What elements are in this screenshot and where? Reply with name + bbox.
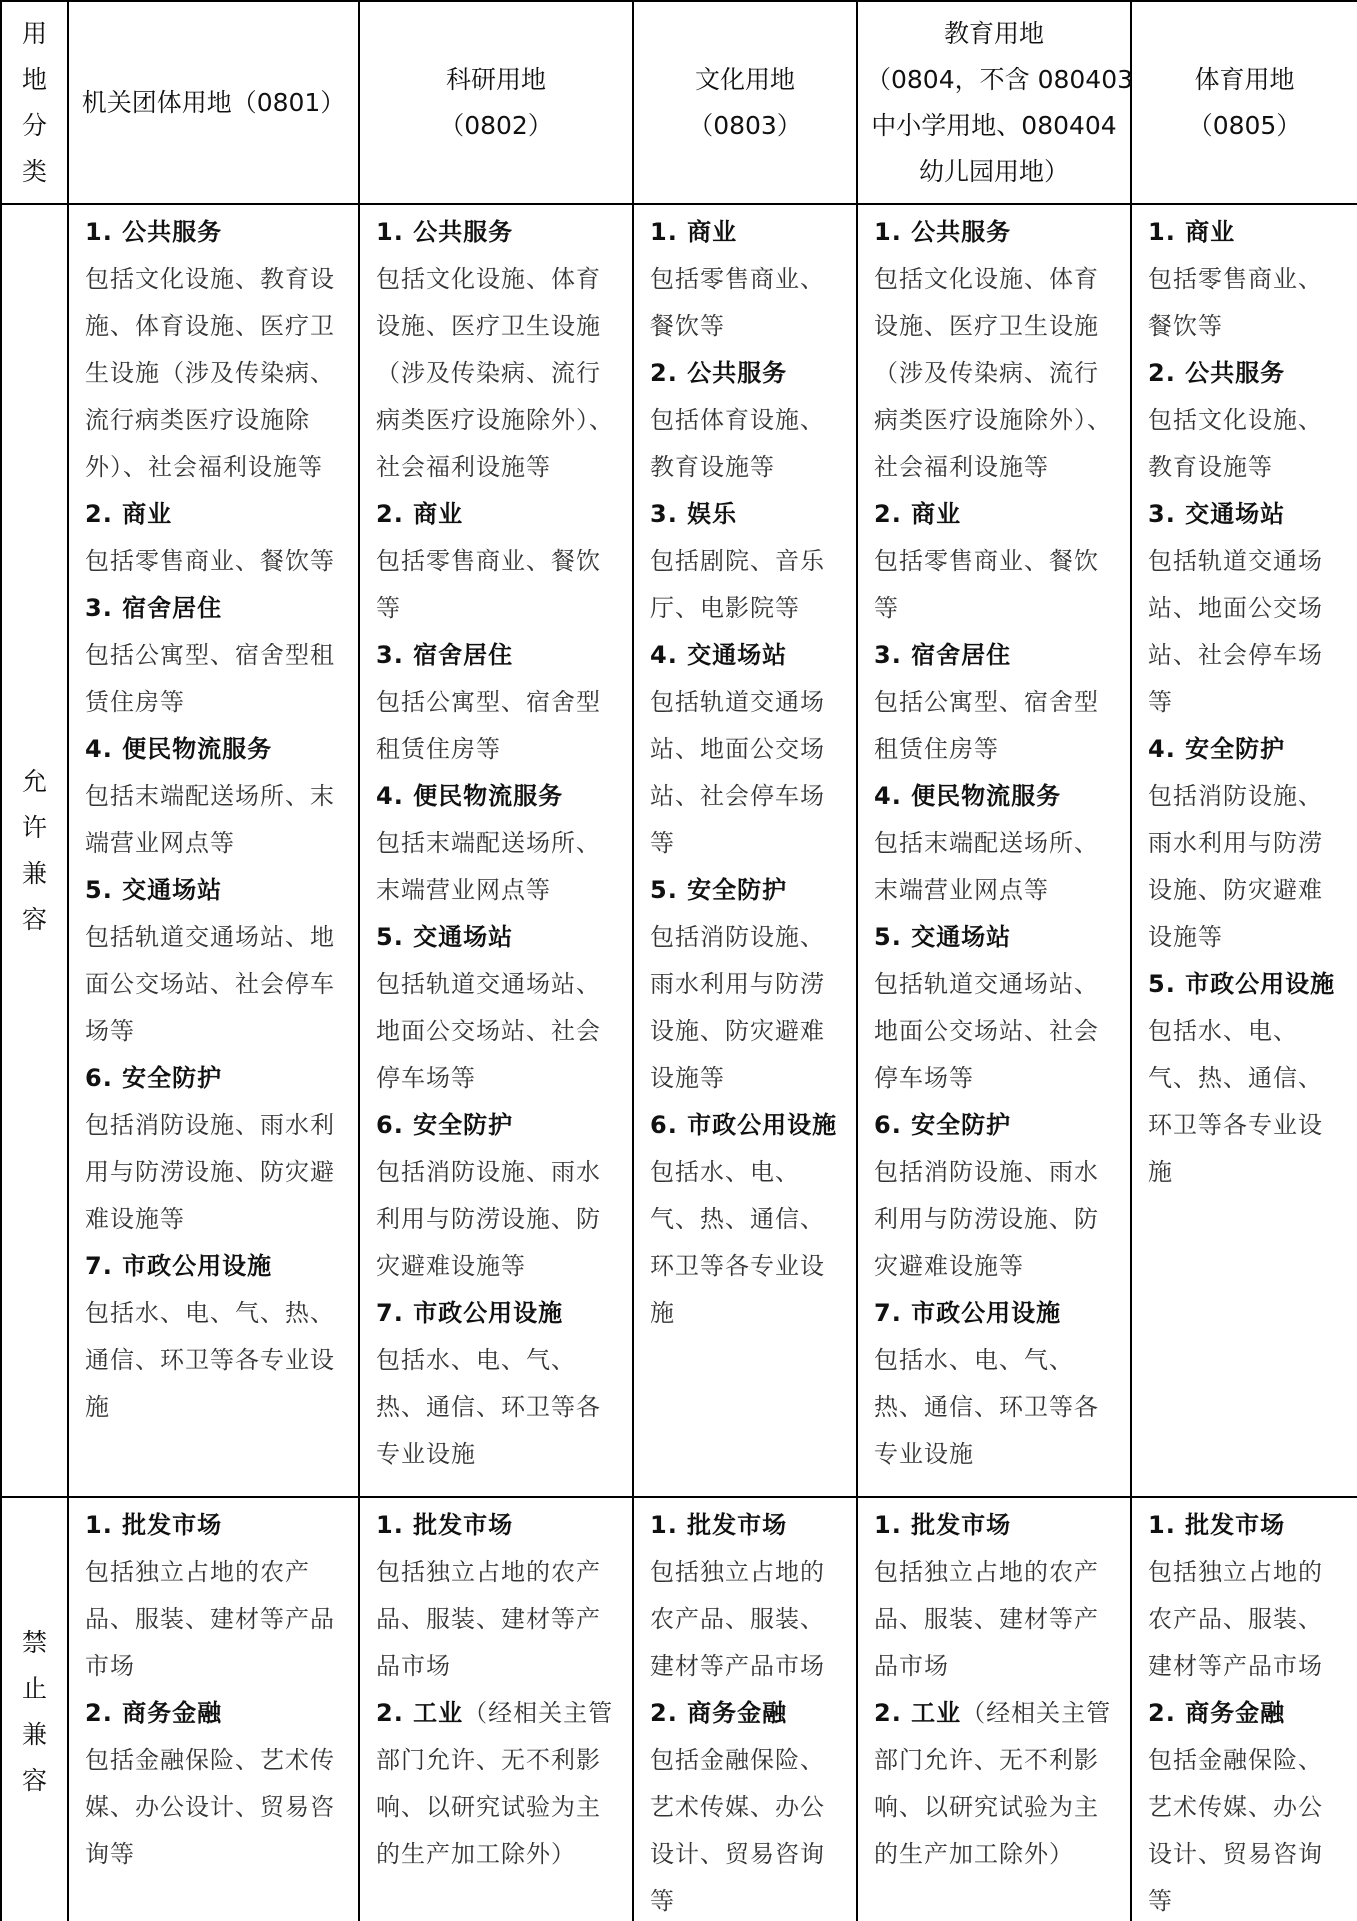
- list-item: 5. 交通场站包括轨道交通场站、地面公交场站、社会停车场等: [874, 914, 1116, 1102]
- table-cell: 1. 商业包括零售商业、餐饮等2. 公共服务包括文化设施、教育设施等3. 交通场…: [1131, 204, 1357, 1497]
- list-item: 2. 商业包括零售商业、餐饮等: [85, 491, 344, 585]
- item-title: 2. 商务金融: [650, 1690, 842, 1737]
- table-cell: 1. 公共服务包括文化设施、体育设施、医疗卫生设施（涉及传染病、流行病类医疗设施…: [359, 204, 633, 1497]
- item-title: 4. 安全防护: [1148, 726, 1343, 773]
- item-title: 4. 便民物流服务: [874, 773, 1116, 820]
- item-title: 1. 批发市场: [874, 1502, 1116, 1549]
- item-description: 包括水、电、气、热、通信、环卫等各专业设施: [1148, 1008, 1343, 1196]
- item-title: 2. 商务金融: [85, 1690, 344, 1737]
- item-title: 7. 市政公用设施: [874, 1290, 1116, 1337]
- list-item: 1. 商业包括零售商业、餐饮等: [1148, 209, 1343, 350]
- list-item: 2. 工业（经相关主管部门允许、无不利影响、以研究试验为主的生产加工除外）: [376, 1690, 618, 1878]
- item-title: 3. 宿舍居住: [85, 585, 344, 632]
- table-cell: 1. 商业包括零售商业、餐饮等2. 公共服务包括体育设施、教育设施等3. 娱乐包…: [633, 204, 857, 1497]
- list-item: 3. 宿舍居住包括公寓型、宿舍型租赁住房等: [376, 632, 618, 773]
- category-header-label: 用 地 分 类: [2, 11, 67, 195]
- list-item: 1. 批发市场包括独立占地的农产品、服装、建材等产品市场: [376, 1502, 618, 1690]
- list-item: 7. 市政公用设施包括水、电、气、热、通信、环卫等各专业设施: [376, 1290, 618, 1478]
- column-header-0803: 文化用地 （0803）: [633, 1, 857, 204]
- item-description: 包括末端配送场所、末端营业网点等: [85, 773, 344, 867]
- item-description: 包括零售商业、餐饮等: [1148, 256, 1343, 350]
- item-description: 包括独立占地的农产品、服装、建材等产品市场: [874, 1549, 1116, 1690]
- table-cell: 1. 批发市场包括独立占地的农产品、服装、建材等产品市场2. 商务金融包括金融保…: [633, 1497, 857, 1921]
- item-title: 1. 公共服务: [874, 209, 1116, 256]
- list-item: 2. 商业包括零售商业、餐饮等: [376, 491, 618, 632]
- item-title: 2. 商务金融: [1148, 1690, 1343, 1737]
- forbidden-compatibility-row: 禁 止 兼 容 1. 批发市场包括独立占地的农产品、服装、建材等产品市场2. 商…: [1, 1497, 1357, 1921]
- item-title: 4. 便民物流服务: [376, 773, 618, 820]
- item-title: 2. 商业: [874, 491, 1116, 538]
- list-item: 6. 安全防护包括消防设施、雨水利用与防涝设施、防灾避难设施等: [85, 1055, 344, 1243]
- item-description: 包括零售商业、餐饮等: [650, 256, 842, 350]
- item-description: 包括水、电、气、热、通信、环卫等各专业设施: [650, 1149, 842, 1337]
- item-description: 包括消防设施、雨水利用与防涝设施、防灾避难设施等: [874, 1149, 1116, 1290]
- item-title: 3. 宿舍居住: [376, 632, 618, 679]
- item-description: 包括消防设施、雨水利用与防涝设施、防灾避难设施等: [376, 1149, 618, 1290]
- item-title: 5. 市政公用设施: [1148, 961, 1343, 1008]
- item-description: 包括体育设施、教育设施等: [650, 397, 842, 491]
- item-description: 包括公寓型、宿舍型租赁住房等: [376, 679, 618, 773]
- row-category-cell: 禁 止 兼 容: [1, 1497, 68, 1921]
- item-description: 包括独立占地的农产品、服装、建材等产品市场: [376, 1549, 618, 1690]
- list-item: 3. 娱乐包括剧院、音乐厅、电影院等: [650, 491, 842, 632]
- item-description: 包括金融保险、艺术传媒、办公设计、贸易咨询等: [650, 1737, 842, 1921]
- item-description: 包括轨道交通场站、地面公交场站、社会停车场等: [1148, 538, 1343, 726]
- list-item: 2. 商业包括零售商业、餐饮等: [874, 491, 1116, 632]
- item-description: 包括文化设施、教育设施、体育设施、医疗卫生设施（涉及传染病、流行病类医疗设施除外…: [85, 256, 344, 491]
- item-description: 包括零售商业、餐饮等: [85, 538, 344, 585]
- item-title: 3. 娱乐: [650, 491, 842, 538]
- item-title: 7. 市政公用设施: [85, 1243, 344, 1290]
- list-item: 4. 便民物流服务包括末端配送场所、末端营业网点等: [85, 726, 344, 867]
- list-item: 6. 安全防护包括消防设施、雨水利用与防涝设施、防灾避难设施等: [376, 1102, 618, 1290]
- item-description: 包括公寓型、宿舍型租赁住房等: [874, 679, 1116, 773]
- item-description: 包括消防设施、雨水利用与防涝设施、防灾避难设施等: [1148, 773, 1343, 961]
- list-item: 5. 交通场站包括轨道交通场站、地面公交场站、社会停车场等: [85, 867, 344, 1055]
- item-description: 包括文化设施、体育设施、医疗卫生设施（涉及传染病、流行病类医疗设施除外）、社会福…: [874, 256, 1116, 491]
- item-description: 包括零售商业、餐饮等: [376, 538, 618, 632]
- list-item: 6. 市政公用设施包括水、电、气、热、通信、环卫等各专业设施: [650, 1102, 842, 1337]
- item-title: 4. 便民物流服务: [85, 726, 344, 773]
- list-item: 1. 公共服务包括文化设施、体育设施、医疗卫生设施（涉及传染病、流行病类医疗设施…: [874, 209, 1116, 491]
- item-description: 包括轨道交通场站、地面公交场站、社会停车场等: [85, 914, 344, 1055]
- item-title: 4. 交通场站: [650, 632, 842, 679]
- item-title-text: 2. 工业: [874, 1699, 961, 1727]
- list-item: 1. 公共服务包括文化设施、体育设施、医疗卫生设施（涉及传染病、流行病类医疗设施…: [376, 209, 618, 491]
- row-category-cell: 允 许 兼 容: [1, 204, 68, 1497]
- item-title: 1. 批发市场: [85, 1502, 344, 1549]
- forbidden-category-label: 禁 止 兼 容: [2, 1620, 67, 1804]
- item-title: 1. 商业: [650, 209, 842, 256]
- land-use-compatibility-table: 用 地 分 类 机关团体用地（0801） 科研用地 （0802） 文化用地 （0…: [0, 0, 1357, 1921]
- list-item: 4. 便民物流服务包括末端配送场所、末端营业网点等: [376, 773, 618, 914]
- column-header-0801: 机关团体用地（0801）: [68, 1, 359, 204]
- item-title: 1. 商业: [1148, 209, 1343, 256]
- table-cell: 1. 批发市场包括独立占地的农产品、服装、建材等产品市场2. 工业（经相关主管部…: [359, 1497, 633, 1921]
- table-cell: 1. 批发市场包括独立占地的农产品、服装、建材等产品市场2. 工业（经相关主管部…: [857, 1497, 1131, 1921]
- item-description: 包括消防设施、雨水利用与防涝设施、防灾避难设施等: [650, 914, 842, 1102]
- list-item: 7. 市政公用设施包括水、电、气、热、通信、环卫等各专业设施: [874, 1290, 1116, 1478]
- column-header-0804: 教育用地 （0804，不含 080403 中小学用地、080404 幼儿园用地）: [857, 1, 1131, 204]
- item-description: 包括轨道交通场站、地面公交场站、社会停车场等: [650, 679, 842, 867]
- list-item: 2. 公共服务包括体育设施、教育设施等: [650, 350, 842, 491]
- list-item: 3. 宿舍居住包括公寓型、宿舍型租赁住房等: [85, 585, 344, 726]
- table-cell: 1. 公共服务包括文化设施、教育设施、体育设施、医疗卫生设施（涉及传染病、流行病…: [68, 204, 359, 1497]
- list-item: 1. 批发市场包括独立占地的农产品、服装、建材等产品市场: [1148, 1502, 1343, 1690]
- item-title: 5. 交通场站: [85, 867, 344, 914]
- list-item: 5. 安全防护包括消防设施、雨水利用与防涝设施、防灾避难设施等: [650, 867, 842, 1102]
- item-title: 6. 安全防护: [85, 1055, 344, 1102]
- item-title: 2. 工业（经相关主管部门允许、无不利影响、以研究试验为主的生产加工除外）: [874, 1690, 1116, 1878]
- item-description: 包括文化设施、体育设施、医疗卫生设施（涉及传染病、流行病类医疗设施除外）、社会福…: [376, 256, 618, 491]
- list-item: 3. 交通场站包括轨道交通场站、地面公交场站、社会停车场等: [1148, 491, 1343, 726]
- table-cell: 1. 公共服务包括文化设施、体育设施、医疗卫生设施（涉及传染病、流行病类医疗设施…: [857, 204, 1131, 1497]
- list-item: 5. 交通场站包括轨道交通场站、地面公交场站、社会停车场等: [376, 914, 618, 1102]
- list-item: 5. 市政公用设施包括水、电、气、热、通信、环卫等各专业设施: [1148, 961, 1343, 1196]
- item-description: 包括轨道交通场站、地面公交场站、社会停车场等: [376, 961, 618, 1102]
- item-title: 1. 批发市场: [1148, 1502, 1343, 1549]
- item-title: 3. 宿舍居住: [874, 632, 1116, 679]
- item-description: 包括水、电、气、热、通信、环卫等各专业设施: [874, 1337, 1116, 1478]
- item-description: 包括末端配送场所、末端营业网点等: [376, 820, 618, 914]
- item-title: 6. 安全防护: [874, 1102, 1116, 1149]
- header-category-cell: 用 地 分 类: [1, 1, 68, 204]
- item-title: 1. 公共服务: [85, 209, 344, 256]
- list-item: 4. 交通场站包括轨道交通场站、地面公交场站、社会停车场等: [650, 632, 842, 867]
- item-description: 包括剧院、音乐厅、电影院等: [650, 538, 842, 632]
- list-item: 4. 安全防护包括消防设施、雨水利用与防涝设施、防灾避难设施等: [1148, 726, 1343, 961]
- item-description: 包括金融保险、艺术传媒、办公设计、贸易咨询等: [1148, 1737, 1343, 1921]
- list-item: 6. 安全防护包括消防设施、雨水利用与防涝设施、防灾避难设施等: [874, 1102, 1116, 1290]
- item-title: 2. 公共服务: [1148, 350, 1343, 397]
- list-item: 2. 商务金融包括金融保险、艺术传媒、办公设计、贸易咨询等: [85, 1690, 344, 1878]
- table-cell: 1. 批发市场包括独立占地的农产品、服装、建材等产品市场2. 商务金融包括金融保…: [68, 1497, 359, 1921]
- item-description: 包括金融保险、艺术传媒、办公设计、贸易咨询等: [85, 1737, 344, 1878]
- item-title: 2. 商业: [85, 491, 344, 538]
- item-description: 包括轨道交通场站、地面公交场站、社会停车场等: [874, 961, 1116, 1102]
- item-description: 包括末端配送场所、末端营业网点等: [874, 820, 1116, 914]
- item-title: 2. 公共服务: [650, 350, 842, 397]
- item-title: 3. 交通场站: [1148, 491, 1343, 538]
- list-item: 1. 商业包括零售商业、餐饮等: [650, 209, 842, 350]
- item-title: 1. 批发市场: [650, 1502, 842, 1549]
- list-item: 2. 商务金融包括金融保险、艺术传媒、办公设计、贸易咨询等: [1148, 1690, 1343, 1921]
- item-title: 6. 市政公用设施: [650, 1102, 842, 1149]
- list-item: 1. 批发市场包括独立占地的农产品、服装、建材等产品市场: [874, 1502, 1116, 1690]
- list-item: 4. 便民物流服务包括末端配送场所、末端营业网点等: [874, 773, 1116, 914]
- item-description: 包括公寓型、宿舍型租赁住房等: [85, 632, 344, 726]
- item-title: 5. 交通场站: [376, 914, 618, 961]
- allowed-compatibility-row: 允 许 兼 容 1. 公共服务包括文化设施、教育设施、体育设施、医疗卫生设施（涉…: [1, 204, 1357, 1497]
- column-header-0802: 科研用地 （0802）: [359, 1, 633, 204]
- table-cell: 1. 批发市场包括独立占地的农产品、服装、建材等产品市场2. 商务金融包括金融保…: [1131, 1497, 1357, 1921]
- item-description: 包括零售商业、餐饮等: [874, 538, 1116, 632]
- item-description: 包括独立占地的农产品、服装、建材等产品市场: [85, 1549, 344, 1690]
- list-item: 2. 工业（经相关主管部门允许、无不利影响、以研究试验为主的生产加工除外）: [874, 1690, 1116, 1878]
- item-title: 5. 安全防护: [650, 867, 842, 914]
- list-item: 1. 公共服务包括文化设施、教育设施、体育设施、医疗卫生设施（涉及传染病、流行病…: [85, 209, 344, 491]
- item-description: 包括水、电、气、热、通信、环卫等各专业设施: [85, 1290, 344, 1431]
- item-title: 1. 公共服务: [376, 209, 618, 256]
- item-title: 7. 市政公用设施: [376, 1290, 618, 1337]
- item-description: 包括消防设施、雨水利用与防涝设施、防灾避难设施等: [85, 1102, 344, 1243]
- item-title-text: 2. 工业: [376, 1699, 463, 1727]
- table-header-row: 用 地 分 类 机关团体用地（0801） 科研用地 （0802） 文化用地 （0…: [1, 1, 1357, 204]
- list-item: 3. 宿舍居住包括公寓型、宿舍型租赁住房等: [874, 632, 1116, 773]
- item-title: 6. 安全防护: [376, 1102, 618, 1149]
- list-item: 2. 公共服务包括文化设施、教育设施等: [1148, 350, 1343, 491]
- item-description: 包括独立占地的农产品、服装、建材等产品市场: [1148, 1549, 1343, 1690]
- list-item: 1. 批发市场包括独立占地的农产品、服装、建材等产品市场: [85, 1502, 344, 1690]
- item-title: 1. 批发市场: [376, 1502, 618, 1549]
- item-title: 2. 商业: [376, 491, 618, 538]
- item-description: 包括文化设施、教育设施等: [1148, 397, 1343, 491]
- column-header-0805: 体育用地 （0805）: [1131, 1, 1357, 204]
- allowed-category-label: 允 许 兼 容: [2, 759, 67, 943]
- item-title: 5. 交通场站: [874, 914, 1116, 961]
- item-description: 包括水、电、气、热、通信、环卫等各专业设施: [376, 1337, 618, 1478]
- list-item: 7. 市政公用设施包括水、电、气、热、通信、环卫等各专业设施: [85, 1243, 344, 1431]
- list-item: 2. 商务金融包括金融保险、艺术传媒、办公设计、贸易咨询等: [650, 1690, 842, 1921]
- item-title: 2. 工业（经相关主管部门允许、无不利影响、以研究试验为主的生产加工除外）: [376, 1690, 618, 1878]
- list-item: 1. 批发市场包括独立占地的农产品、服装、建材等产品市场: [650, 1502, 842, 1690]
- item-description: 包括独立占地的农产品、服装、建材等产品市场: [650, 1549, 842, 1690]
